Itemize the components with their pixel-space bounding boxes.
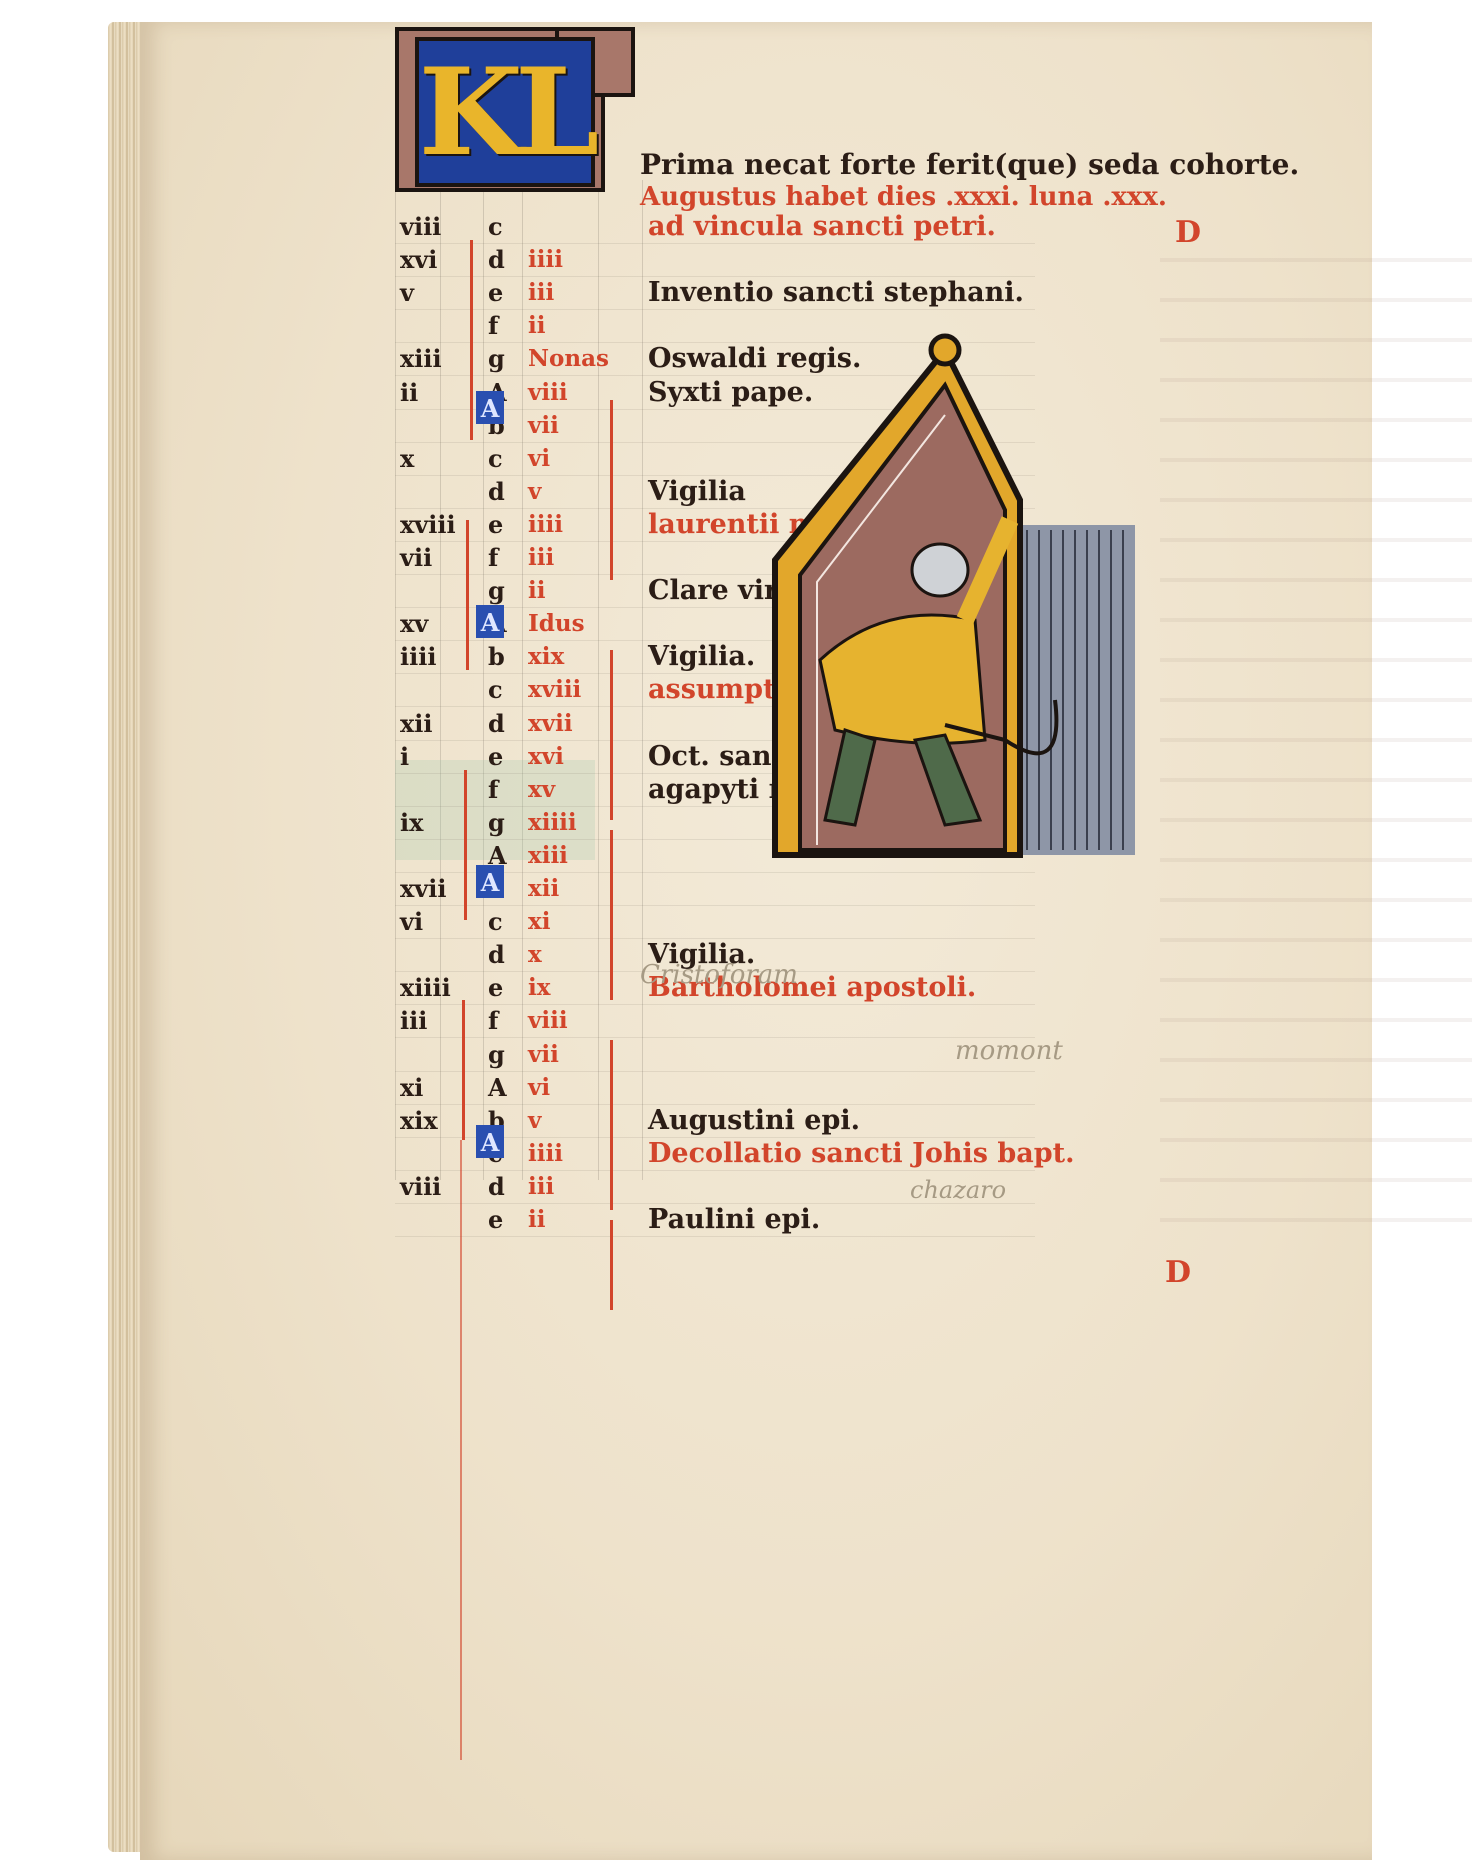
ruling-line [395,1004,1035,1005]
dominical-letter: A [488,1073,507,1103]
roman-date: iiii [528,245,563,275]
golden-number: vii [400,543,432,573]
ruling-line [395,1236,1035,1237]
margin-d: D [1175,218,1201,248]
dominical-letter: d [488,940,505,970]
roman-date: xv [528,775,555,805]
golden-number: x [400,444,414,474]
roman-date: v [528,477,541,507]
roman-date: xiii [528,841,568,871]
feast-entry: Augustini epi. [648,1106,860,1136]
feast-entry: Vigilia [648,477,746,507]
roman-date: xiiii [528,808,577,838]
roman-date: x [528,940,542,970]
dominical-letter: g [488,344,505,374]
kl-marker [610,830,613,1000]
roman-date: vi [528,444,550,474]
ruling-line [395,309,1035,310]
kl-initial: KL [395,27,635,192]
dominical-letter-a-initial: A [476,391,504,424]
roman-date: ix [528,973,550,1003]
roman-date: iii [528,1172,554,1202]
golden-number: ix [400,808,423,838]
kl-marker [610,1040,613,1210]
show-through-text [1160,222,1472,1222]
golden-number: iii [400,1006,427,1036]
golden-number: vi [400,907,423,937]
dominical-letter: d [488,709,505,739]
later-addition: chazaro [910,1175,1006,1205]
roman-date: iiii [528,510,563,540]
roman-date: vii [528,411,559,441]
roman-date: vii [528,1040,559,1070]
dominical-letter: g [488,1040,505,1070]
pen-flourish [466,520,469,670]
ruling-line [642,180,643,1180]
roman-date: xi [528,907,550,937]
dominical-letter: d [488,1172,505,1202]
golden-number: xvi [400,245,437,275]
golden-number: ii [400,378,418,408]
pen-flourish [462,1000,465,1140]
dominical-letter: e [488,1205,503,1235]
later-addition: Cristoforam [640,960,798,990]
feast-entry: Vigilia. [648,642,755,672]
roman-date: viii [528,378,568,408]
dominical-letter: f [488,543,498,573]
ruling-line [598,180,599,1180]
ruling-line [395,1170,1035,1171]
dominical-letter: f [488,1006,498,1036]
dominical-letter: c [488,907,503,937]
pen-flourish [470,240,473,440]
roman-date: v [528,1106,541,1136]
ruling-line [483,180,484,1180]
roman-date: iii [528,543,554,573]
golden-number: v [400,278,414,308]
dominical-letter: f [488,775,498,805]
dominical-letter-a-initial: A [476,605,504,638]
feast-entry: Inventio sancti stephani. [648,278,1024,308]
ruling-line [395,1037,1035,1038]
roman-date: viii [528,1006,568,1036]
golden-number: xiiii [400,973,451,1003]
golden-number: viii [400,212,441,242]
pen-flourish [464,770,467,920]
reaper-miniature [765,320,1145,860]
roman-date: iiii [528,1139,563,1169]
dominical-letter: d [488,477,505,507]
reaper-head [912,544,968,596]
feast-entry: Decollatio sancti Johis bapt. [648,1139,1074,1169]
golden-number: xvii [400,874,447,904]
later-addition: momont [955,1036,1063,1066]
roman-date: xix [528,642,564,672]
golden-number: xviii [400,510,456,540]
roman-date: ii [528,576,545,606]
grain-field [1005,525,1135,855]
margin-d: D [1165,1258,1191,1288]
ruling-line [395,905,1035,906]
dominical-letter-a-initial: A [476,865,504,898]
roman-date: xii [528,874,559,904]
roman-date: xvi [528,742,564,772]
kl-marker [610,650,613,820]
golden-number: viii [400,1172,441,1202]
golden-number: xii [400,709,433,739]
golden-number: xi [400,1073,423,1103]
golden-number: xv [400,609,428,639]
verse-line: Prima necat forte ferit(que) seda cohort… [640,150,1299,180]
roman-date: ii [528,1205,545,1235]
dominical-letter: e [488,973,503,1003]
pen-flourish-tail [460,1140,462,1760]
roman-date: vi [528,1073,550,1103]
golden-number: iiii [400,642,436,672]
golden-number: i [400,742,409,772]
dominical-letter: c [488,675,503,705]
golden-number: xix [400,1106,438,1136]
feast-entry: ad vincula sancti petri. [648,212,996,242]
dominical-letter: c [488,444,503,474]
roman-date: Nonas [528,344,609,374]
dominical-letter: e [488,510,503,540]
ruling-line [395,243,1035,244]
feast-entry: Paulini epi. [648,1205,820,1235]
dominical-letter: d [488,245,505,275]
dominical-letter: c [488,212,503,242]
dominical-letter: f [488,311,498,341]
roman-date: xvii [528,709,573,739]
month-line: Augustus habet dies .xxxi. luna .xxx. [640,182,1167,212]
dominical-letter: g [488,808,505,838]
ruling-line [522,180,523,1180]
dominical-letter: b [488,642,505,672]
dominical-letter-a-initial: A [476,1125,504,1158]
golden-number: xiii [400,344,442,374]
roman-date: Idus [528,609,585,639]
kl-marker [610,1220,613,1310]
roman-date: iii [528,278,554,308]
ruling-line [395,1071,1035,1072]
kl-marker [610,400,613,580]
dominical-letter: e [488,278,503,308]
dominical-letter: g [488,576,505,606]
ruling-line [395,180,396,1180]
roman-date: ii [528,311,545,341]
roman-date: xviii [528,675,581,705]
dominical-letter: e [488,742,503,772]
ruling-line [440,180,441,1180]
initial-letters: KL [415,37,595,187]
